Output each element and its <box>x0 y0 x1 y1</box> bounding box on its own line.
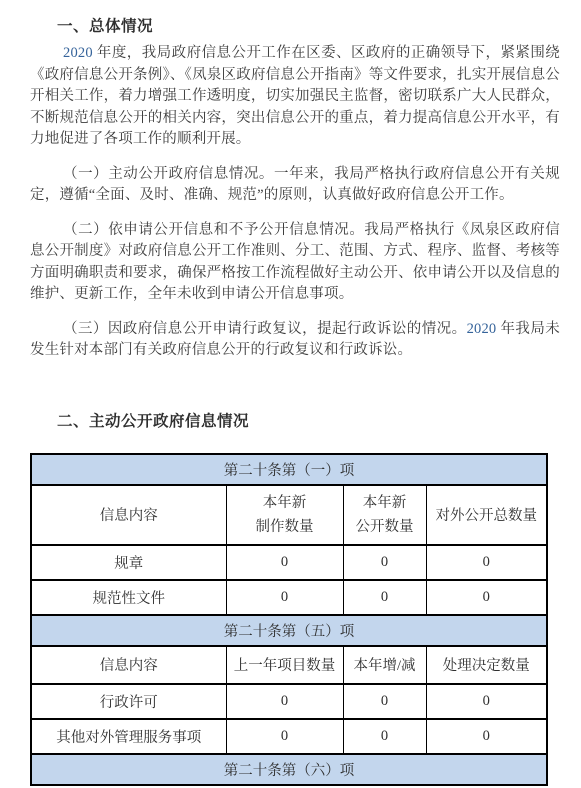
paragraph-item-1: （一）主动公开政府信息情况。一年来，我局严格执行政府信息公开有关规定，遵循“全面… <box>30 164 560 207</box>
cell-value: 0 <box>426 580 547 615</box>
cell-value: 0 <box>226 684 343 719</box>
cell-value: 0 <box>343 719 426 754</box>
column-header-info-content: 信息内容 <box>31 646 226 684</box>
table-banner-clause-20-1: 第二十条第（一）项 <box>31 454 547 485</box>
column-header-last-year-count: 上一年项目数量 <box>226 646 343 684</box>
cell-value: 0 <box>426 545 547 580</box>
table-header-row-1: 信息内容 本年新 制作数量 本年新 公开数量 对外公开总数量 <box>31 485 547 545</box>
header-line: 公开数量 <box>344 515 426 539</box>
column-header-total-public: 对外公开总数量 <box>426 485 547 545</box>
column-header-info-content: 信息内容 <box>31 485 226 545</box>
column-header-decision-count: 处理决定数量 <box>426 646 547 684</box>
table-header-row-2: 信息内容 上一年项目数量 本年增/减 处理决定数量 <box>31 646 547 684</box>
section-heading-overview: 一、总体情况 <box>30 14 560 36</box>
year-number: 2020 <box>467 321 497 337</box>
cell-value: 0 <box>226 719 343 754</box>
year-number: 2020 <box>63 45 93 61</box>
paragraph-item-2: （二）依申请公开信息和不予公开信息情况。我局严格执行《凤泉区政府信息公开制度》对… <box>30 220 560 306</box>
row-label: 规章 <box>31 545 226 580</box>
paragraph-item-3: （三）因政府信息公开申请行政复议，提起行政诉讼的情况。2020 年我局未发生针对… <box>30 319 560 362</box>
column-header-year-change: 本年增/减 <box>343 646 426 684</box>
row-label: 其他对外管理服务事项 <box>31 719 226 754</box>
table-banner-clause-20-6: 第二十条第（六）项 <box>31 754 547 785</box>
header-line: 本年新 <box>344 491 426 515</box>
table-banner-label: 第二十条第（一）项 <box>31 454 547 485</box>
cell-value: 0 <box>226 545 343 580</box>
paragraph-overview: 2020 年度，我局政府信息公开工作在区委、区政府的正确领导下，紧紧围绕《政府信… <box>30 43 560 151</box>
document-page: 一、总体情况 2020 年度，我局政府信息公开工作在区委、区政府的正确领导下，紧… <box>0 0 581 788</box>
header-line: 本年新 <box>227 491 343 515</box>
table-row-normative-documents: 规范性文件 0 0 0 <box>31 580 547 615</box>
cell-value: 0 <box>226 580 343 615</box>
cell-value: 0 <box>426 719 547 754</box>
cell-value: 0 <box>343 580 426 615</box>
header-line: 制作数量 <box>227 515 343 539</box>
table-row-admin-licensing: 行政许可 0 0 0 <box>31 684 547 719</box>
row-label: 行政许可 <box>31 684 226 719</box>
table-banner-label: 第二十条第（六）项 <box>31 754 547 785</box>
section-heading-proactive: 二、主动公开政府信息情况 <box>30 409 560 431</box>
table-row-other-services: 其他对外管理服务事项 0 0 0 <box>31 719 547 754</box>
paragraph-item-3-lead: （三）因政府信息公开申请行政复议，提起行政诉讼的情况。 <box>63 321 467 337</box>
table-row-regulations: 规章 0 0 0 <box>31 545 547 580</box>
table-banner-label: 第二十条第（五）项 <box>31 615 547 646</box>
column-header-new-created: 本年新 制作数量 <box>226 485 343 545</box>
paragraph-overview-text: 年度，我局政府信息公开工作在区委、区政府的正确领导下，紧紧围绕《政府信息公开条例… <box>30 45 560 147</box>
table-banner-clause-20-5: 第二十条第（五）项 <box>31 615 547 646</box>
row-label: 规范性文件 <box>31 580 226 615</box>
cell-value: 0 <box>426 684 547 719</box>
cell-value: 0 <box>343 545 426 580</box>
cell-value: 0 <box>343 684 426 719</box>
column-header-new-disclosed: 本年新 公开数量 <box>343 485 426 545</box>
disclosure-table: 第二十条第（一）项 信息内容 本年新 制作数量 本年新 公开数量 对外公开总数量… <box>30 453 548 786</box>
